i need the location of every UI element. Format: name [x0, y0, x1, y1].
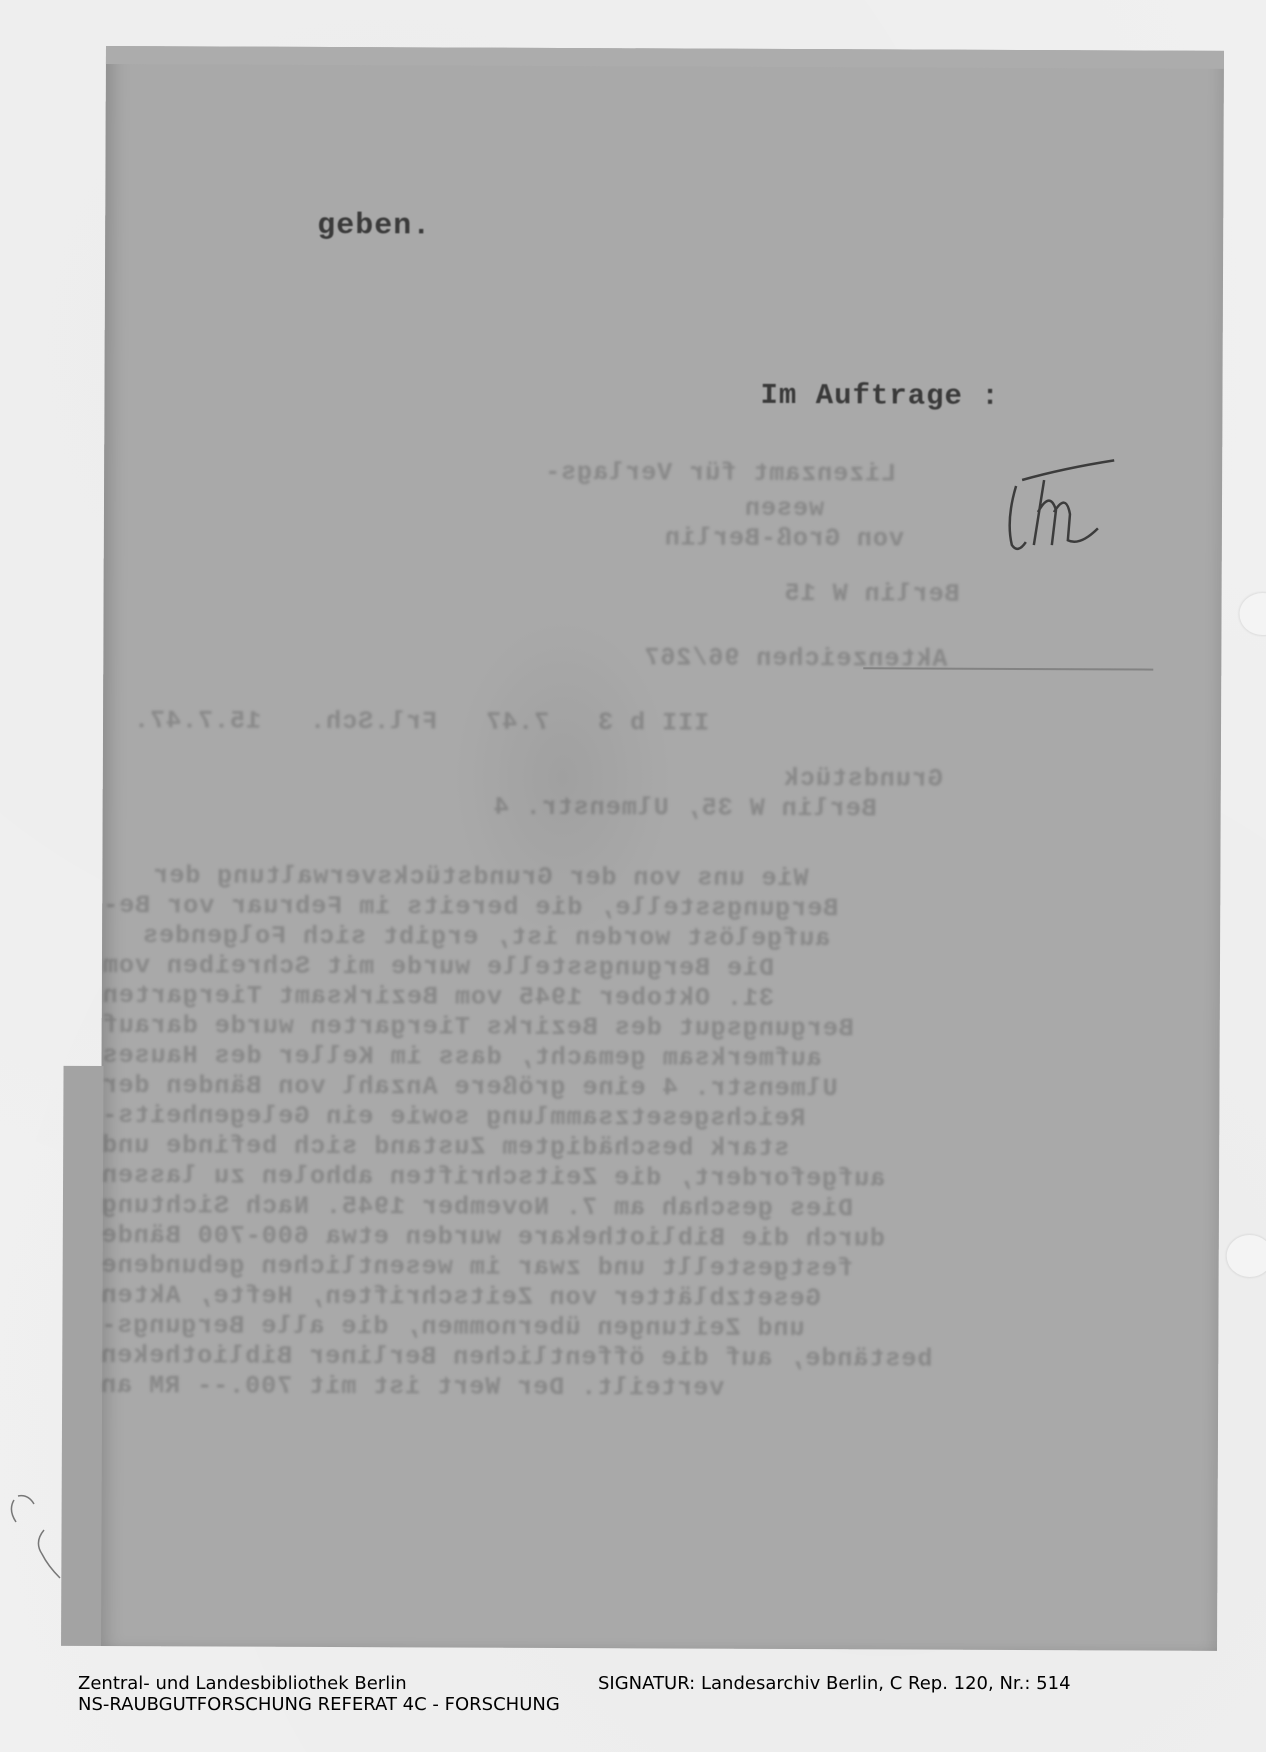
archive-footer: Zentral- und Landesbibliothek BerlinSIGN…: [78, 1673, 1071, 1715]
handwritten-signature: [1004, 450, 1204, 561]
bleed-line: Ulmenstr. 4 eine größere Anzahl von Bänd…: [101, 1071, 837, 1103]
bleed-line: III b 3 7.47 Frl.Sch. 15.7.47.: [133, 706, 709, 738]
bleed-line: bestände, auf die öffentlichen Berliner …: [100, 1341, 932, 1374]
bleed-line: aufgefordert, die Zeitschriften abholen …: [101, 1161, 885, 1193]
footer-institution: Zentral- und Landesbibliothek Berlin: [78, 1673, 598, 1694]
bleed-line: Bergungsstelle, die bereits im Februar v…: [102, 891, 838, 923]
bleed-line: durch die Bibliothekare wurden etwa 600-…: [101, 1221, 885, 1253]
bleed-line: Berlin W 35, Ulmenstr. 4: [493, 793, 877, 824]
bleed-line: wesen: [744, 494, 824, 523]
bleed-line: Gesetzblätter von Zeitschriften, Hefte, …: [100, 1281, 820, 1313]
footer-project: NS-RAUBGUTFORSCHUNG REFERAT 4C - FORSCHU…: [78, 1694, 1071, 1715]
bleed-line: verteilt. Der Wert ist mit 700.-- RM an: [100, 1371, 724, 1403]
page-top-edge: [106, 46, 1224, 69]
document-page: Lizenzamt für Verlags- wesen von Groß-Be…: [99, 46, 1224, 1651]
bleed-line: Wie uns von der Grundstücksverwaltung de…: [152, 861, 808, 893]
bleed-line: Die Bergungsstelle wurde mit Schreiben v…: [102, 951, 774, 983]
footer-line-1: Zentral- und Landesbibliothek BerlinSIGN…: [78, 1673, 1071, 1694]
bleed-line: Bergungsgut des Bezirks Tiergarten wurde…: [102, 1011, 854, 1043]
bleed-line: aufmerksam gemacht, dass im Keller des H…: [102, 1041, 822, 1073]
page-left-edge: [61, 1066, 104, 1646]
punch-hole: [1227, 1235, 1266, 1277]
bleed-line: Lizenzamt für Verlags-: [544, 458, 896, 489]
bleed-line: Grundstück: [783, 764, 943, 794]
bleed-line: Berlin W 15: [784, 579, 960, 609]
typed-closing-word: geben.: [317, 209, 431, 243]
bleed-line: von Groß-Berlin: [664, 523, 904, 553]
bleed-line: Dies geschah am 7. November 1945. Nach S…: [101, 1191, 853, 1223]
bleed-line: 31. Oktober 1945 vom Bezirksamt Tiergart…: [102, 981, 774, 1013]
bleed-line: und Zeitungen übernommen, die alle Bergu…: [100, 1311, 804, 1343]
bleed-line: aufgelöst worden ist, ergibt sich Folgen…: [142, 921, 830, 953]
bleed-line: Reichsgesetzsammlung sowie ein Gelegenhe…: [101, 1101, 805, 1133]
typed-on-behalf: Im Auftrage :: [760, 379, 999, 413]
margin-scribble: [4, 1490, 64, 1590]
footer-signatur: SIGNATUR: Landesarchiv Berlin, C Rep. 12…: [598, 1673, 1071, 1694]
bleed-line: festgestellt und zwar im wesentlichen ge…: [101, 1251, 853, 1283]
bleed-line: stark beschädigtem Zustand sich befinde …: [101, 1131, 789, 1163]
